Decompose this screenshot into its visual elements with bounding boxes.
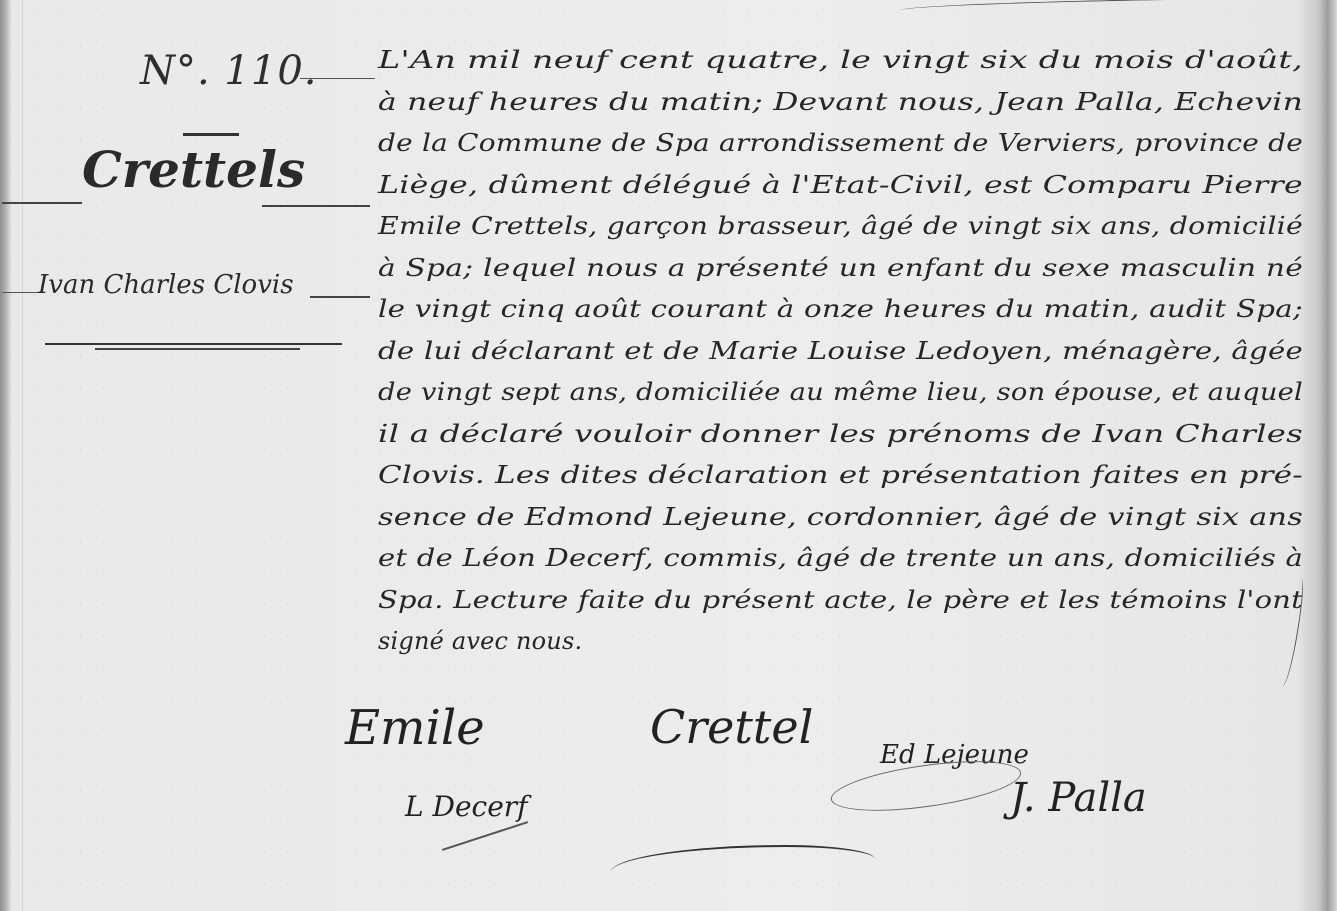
closing-rule xyxy=(95,348,300,350)
text-line: L'An mil neuf cent quatre, le vingt six … xyxy=(378,40,1313,82)
record-body: L'An mil neuf cent quatre, le vingt six … xyxy=(378,40,1313,663)
signature-father-first-name: Emile xyxy=(345,700,485,756)
margin-given-names: Ivan Charles Clovis xyxy=(38,270,294,300)
divider xyxy=(2,292,38,293)
text-line: Spa. Lecture faite du présent acte, le p… xyxy=(378,580,1313,622)
text-line: et de Léon Decerf, commis, âgé de trente… xyxy=(378,538,1313,580)
text-line: de lui déclarant et de Marie Louise Ledo… xyxy=(378,331,1313,373)
divider xyxy=(310,296,370,298)
signature-witness-decerf: L Decerf xyxy=(405,790,528,823)
margin-column: N°. 110. Crettels Ivan Charles Clovis xyxy=(0,0,375,911)
text-line: à Spa; lequel nous a présenté un enfant … xyxy=(378,248,1313,290)
text-line: signé avec nous. xyxy=(378,621,1313,663)
margin-surname: Crettels xyxy=(82,140,305,199)
top-pen-stroke xyxy=(900,0,1320,15)
text-line: de la Commune de Spa arrondissement de V… xyxy=(378,123,1313,165)
signature-father-surname: Crettel xyxy=(650,700,813,754)
act-number: N°. 110. xyxy=(140,48,318,94)
divider xyxy=(183,133,239,136)
text-line: sence de Edmond Lejeune, cordonnier, âgé… xyxy=(378,497,1313,539)
text-line: Clovis. Les dites déclaration et présent… xyxy=(378,455,1313,497)
divider xyxy=(300,78,375,79)
text-line: Emile Crettels, garçon brasseur, âgé de … xyxy=(378,206,1313,248)
text-line: de vingt sept ans, domiciliée au même li… xyxy=(378,372,1313,414)
text-line: Liège, dûment délégué à l'Etat-Civil, es… xyxy=(378,165,1313,207)
text-line: à neuf heures du matin; Devant nous, Jea… xyxy=(378,82,1313,124)
divider xyxy=(262,205,370,207)
signature-flourish xyxy=(442,821,528,851)
text-line: il a déclaré vouloir donner les prénoms … xyxy=(378,414,1313,456)
signature-flourish xyxy=(610,845,875,887)
scanned-register-page: N°. 110. Crettels Ivan Charles Clovis L'… xyxy=(0,0,1337,911)
closing-rule xyxy=(45,343,342,345)
text-line: le vingt cinq août courant à onze heures… xyxy=(378,289,1313,331)
divider xyxy=(2,202,82,204)
signature-officer-palla: J. Palla xyxy=(1010,775,1147,821)
